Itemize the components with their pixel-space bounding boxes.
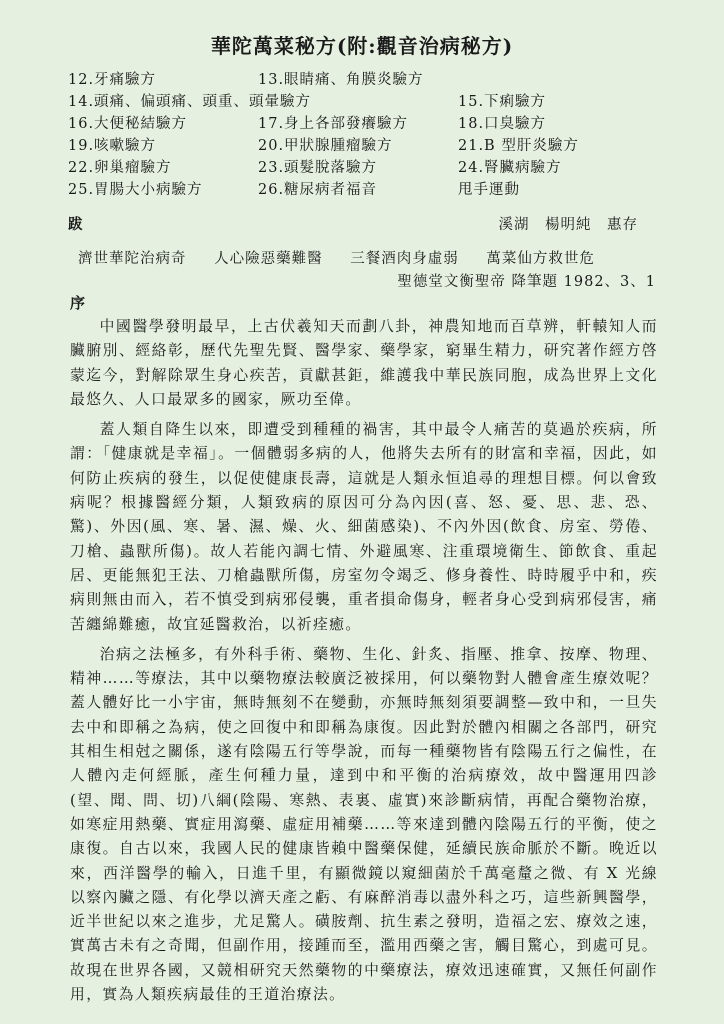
table-of-contents: 12.牙痛驗方 13.眼睛痛、角膜炎驗方 14.頭痛、偏頭痛、頭重、頭暈驗方 1… <box>68 69 668 201</box>
poem: 濟世華陀治病奇 人心險惡藥難醫 三餐酒肉身虛弱 萬菜仙方救世危 <box>78 247 617 268</box>
toc-item: 16.大便秘結驗方 <box>68 113 187 135</box>
toc-row: 25.胃腸大小病驗方 26.糖尿病者福音 甩手運動 <box>68 179 668 201</box>
toc-item: 13.眼睛痛、角膜炎驗方 <box>258 69 424 91</box>
preface-heading: 序 <box>70 292 85 313</box>
toc-row: 14.頭痛、偏頭痛、頭重、頭暈驗方 15.下痢驗方 <box>68 91 668 113</box>
toc-item: 22.卵巢瘤驗方 <box>68 157 172 179</box>
toc-item: 14.頭痛、偏頭痛、頭重、頭暈驗方 <box>68 91 311 113</box>
toc-item: 甩手運動 <box>458 179 520 201</box>
poem-line: 萬菜仙方救世危 <box>486 251 595 267</box>
toc-row: 22.卵巢瘤驗方 23.頭髮脫落驗方 24.腎臟病驗方 <box>68 157 668 179</box>
paragraph: 治病之法極多，有外科手術、藥物、生化、針炙、指壓、推拿、按摩、物理、精神……等療… <box>70 643 658 1007</box>
poem-attribution: 聖德堂文衡聖帝 降筆題 1982、3、1 <box>397 270 656 291</box>
toc-item: 15.下痢驗方 <box>458 91 546 113</box>
toc-item: 18.口臭驗方 <box>458 113 546 135</box>
postscript-heading: 跋 <box>68 213 83 234</box>
paragraph: 中國醫學發明最早，上古伏羲知天而劃八卦，神農知地而百草辨，軒轅知人而臟腑別、經絡… <box>70 315 658 412</box>
preface-body: 中國醫學發明最早，上古伏羲知天而劃八卦，神農知地而百草辨，軒轅知人而臟腑別、經絡… <box>70 315 658 1013</box>
poem-line: 三餐酒肉身虛弱 <box>350 251 459 267</box>
toc-item: 12.牙痛驗方 <box>68 69 156 91</box>
toc-row: 16.大便秘結驗方 17.身上各部發癢驗方 18.口臭驗方 <box>68 113 668 135</box>
toc-item: 25.胃腸大小病驗方 <box>68 179 203 201</box>
toc-item: 19.咳嗽驗方 <box>68 135 156 157</box>
toc-item: 24.腎臟病驗方 <box>458 157 562 179</box>
toc-item: 20.甲狀腺腫瘤驗方 <box>258 135 393 157</box>
poem-line: 濟世華陀治病奇 <box>78 251 187 267</box>
toc-row: 12.牙痛驗方 13.眼睛痛、角膜炎驗方 <box>68 69 668 91</box>
toc-item: 26.糖尿病者福音 <box>258 179 377 201</box>
postscript-header: 跋 溪湖 楊明純 惠存 <box>68 213 638 235</box>
toc-item: 21.B 型肝炎驗方 <box>458 135 579 157</box>
toc-row: 19.咳嗽驗方 20.甲狀腺腫瘤驗方 21.B 型肝炎驗方 <box>68 135 668 157</box>
toc-item: 17.身上各部發癢驗方 <box>258 113 408 135</box>
poem-line: 人心險惡藥難醫 <box>214 251 323 267</box>
paragraph: 蓋人類自降生以來，即遭受到種種的禍害，其中最令人痛苦的莫過於疾病，所謂：「健康就… <box>70 418 658 637</box>
document-title: 華陀萬菜秘方(附:觀音治病秘方) <box>0 30 724 59</box>
toc-item: 23.頭髮脫落驗方 <box>258 157 377 179</box>
postscript-author: 溪湖 楊明純 惠存 <box>499 213 639 234</box>
